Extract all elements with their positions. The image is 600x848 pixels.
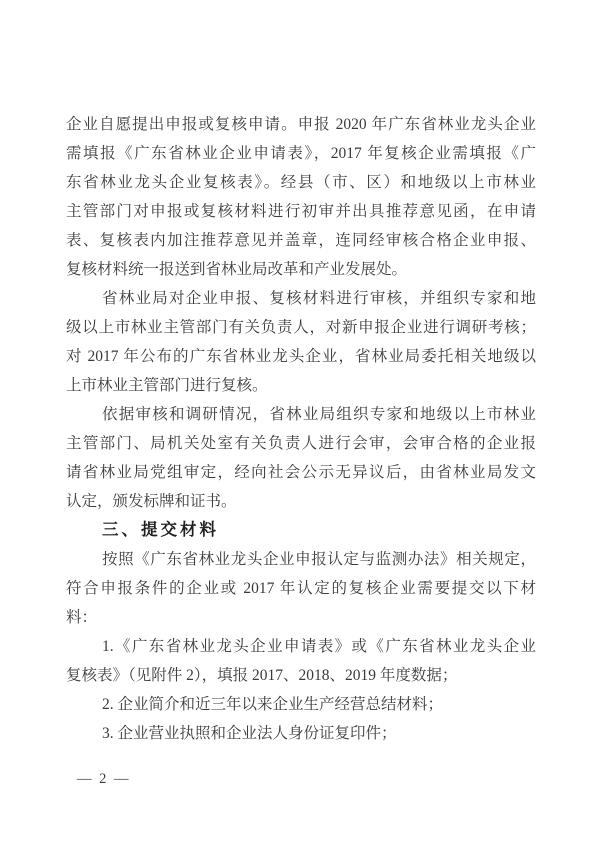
body-line: 认定，颁发标牌和证书。 — [66, 487, 536, 516]
body-line: 表、复核表内加注推荐意见并盖章，连同经审核合格企业申报、 — [66, 226, 536, 255]
list-item-line: 1.《广东省林业龙头企业申请表》或《广东省林业龙头企业 — [66, 632, 536, 661]
body-line: 主管部门、局机关处室有关负责人进行会审，会审合格的企业报 — [66, 429, 536, 458]
list-item-line: 复核表》（见附件 2），填报 2017、2018、2019 年度数据； — [66, 661, 536, 690]
list-item-line: 2. 企业简介和近三年以来企业生产经营总结材料； — [66, 690, 536, 719]
body-line: 按照《广东省林业龙头企业申报认定与监测办法》相关规定， — [66, 545, 536, 574]
body-line: 需填报《广东省林业企业申请表》，2017 年复核企业需填报《广 — [66, 139, 536, 168]
section-heading: 三、提交材料 — [66, 516, 536, 545]
body-line: 东省林业龙头企业复核表》。经县（市、区）和地级以上市林业 — [66, 168, 536, 197]
page-number: — 2 — — [77, 769, 131, 789]
body-line: 符合申报条件的企业或 2017 年认定的复核企业需要提交以下材 — [66, 574, 536, 603]
body-line: 料： — [66, 603, 536, 632]
list-item-line: 3. 企业营业执照和企业法人身份证复印件； — [66, 719, 536, 748]
body-line: 省林业局对企业申报、复核材料进行审核，并组织专家和地 — [66, 284, 536, 313]
body-line: 依据审核和调研情况，省林业局组织专家和地级以上市林业 — [66, 400, 536, 429]
body-line: 复核材料统一报送到省林业局改革和产业发展处。 — [66, 255, 536, 284]
document-body: 企业自愿提出申报或复核申请。申报 2020 年广东省林业龙头企业 需填报《广东省… — [66, 110, 536, 748]
body-line: 对 2017 年公布的广东省林业龙头企业，省林业局委托相关地级以 — [66, 342, 536, 371]
body-line: 级以上市林业主管部门有关负责人，对新申报企业进行调研考核； — [66, 313, 536, 342]
body-line: 请省林业局党组审定，经向社会公示无异议后，由省林业局发文 — [66, 458, 536, 487]
body-line: 上市林业主管部门进行复核。 — [66, 371, 536, 400]
body-line: 企业自愿提出申报或复核申请。申报 2020 年广东省林业龙头企业 — [66, 110, 536, 139]
document-page: 企业自愿提出申报或复核申请。申报 2020 年广东省林业龙头企业 需填报《广东省… — [0, 0, 600, 848]
body-line: 主管部门对申报或复核材料进行初审并出具推荐意见函，在申请 — [66, 197, 536, 226]
